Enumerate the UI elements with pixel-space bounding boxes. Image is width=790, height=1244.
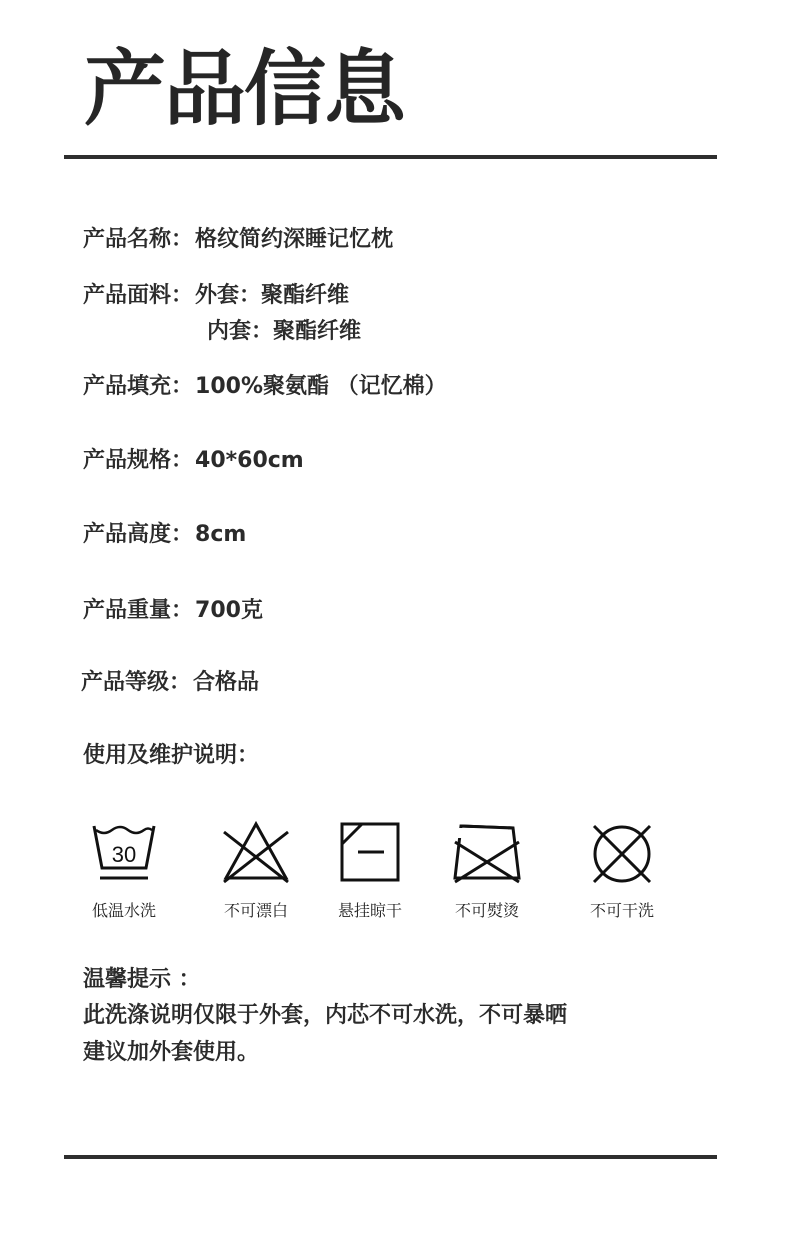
care-heading: 使用及维护说明：	[83, 741, 259, 771]
spec-value: 100%聚氨酯 （记忆棉）	[195, 374, 447, 399]
hang-dry-icon	[330, 818, 410, 884]
wash-30-icon: 30	[84, 818, 164, 884]
bottom-divider	[64, 1155, 717, 1159]
care-item-hang: 悬挂晾干	[305, 818, 435, 921]
spec-name: 产品名称：格纹简约深睡记忆枕	[83, 225, 393, 255]
spec-weight: 产品重量：700克	[83, 596, 263, 626]
spec-filling: 产品填充：100%聚氨酯 （记忆棉）	[83, 372, 447, 402]
spec-label: 产品填充：	[83, 374, 193, 399]
spec-label: 产品重量：	[83, 598, 193, 623]
spec-label: 产品高度：	[83, 522, 193, 547]
tips-line-1: 此洗涤说明仅限于外套，内芯不可水洗，不可暴晒	[83, 1001, 567, 1031]
spec-label: 产品等级：	[81, 670, 191, 695]
spec-label: 产品名称：	[83, 227, 193, 252]
spec-value: 格纹简约深睡记忆枕	[195, 227, 393, 252]
care-item-iron: 不可熨烫	[422, 818, 552, 921]
spec-height: 产品高度：8cm	[83, 520, 246, 550]
spec-size: 产品规格：40*60cm	[83, 446, 304, 476]
care-label: 不可漂白	[191, 898, 321, 921]
svg-text:30: 30	[112, 842, 136, 867]
top-divider	[64, 155, 717, 159]
spec-value: 外套：聚酯纤维	[195, 283, 349, 308]
spec-fabric-inner: 内套：聚酯纤维	[207, 317, 361, 347]
care-item-dryclean: 不可干洗	[557, 818, 687, 921]
spec-value: 合格品	[193, 670, 259, 695]
care-label: 不可干洗	[557, 898, 687, 921]
page-title: 产品信息	[84, 40, 404, 140]
tips-heading: 温馨提示 ：	[83, 965, 201, 995]
spec-value: 40*60cm	[195, 448, 304, 473]
tips-line-2: 建议加外套使用。	[83, 1038, 259, 1068]
spec-label: 产品规格：	[83, 448, 193, 473]
care-label: 悬挂晾干	[305, 898, 435, 921]
no-bleach-icon	[216, 818, 296, 884]
care-item-bleach: 不可漂白	[191, 818, 321, 921]
spec-label: 产品面料：	[83, 283, 193, 308]
care-label: 低温水洗	[59, 898, 189, 921]
spec-fabric: 产品面料：外套：聚酯纤维	[83, 281, 349, 311]
no-dry-clean-icon	[582, 818, 662, 884]
no-iron-icon	[447, 818, 527, 884]
care-item-wash: 30 低温水洗	[59, 818, 189, 921]
care-label: 不可熨烫	[422, 898, 552, 921]
spec-grade: 产品等级：合格品	[81, 668, 259, 698]
spec-value: 700克	[195, 598, 263, 623]
spec-value: 8cm	[195, 522, 246, 547]
